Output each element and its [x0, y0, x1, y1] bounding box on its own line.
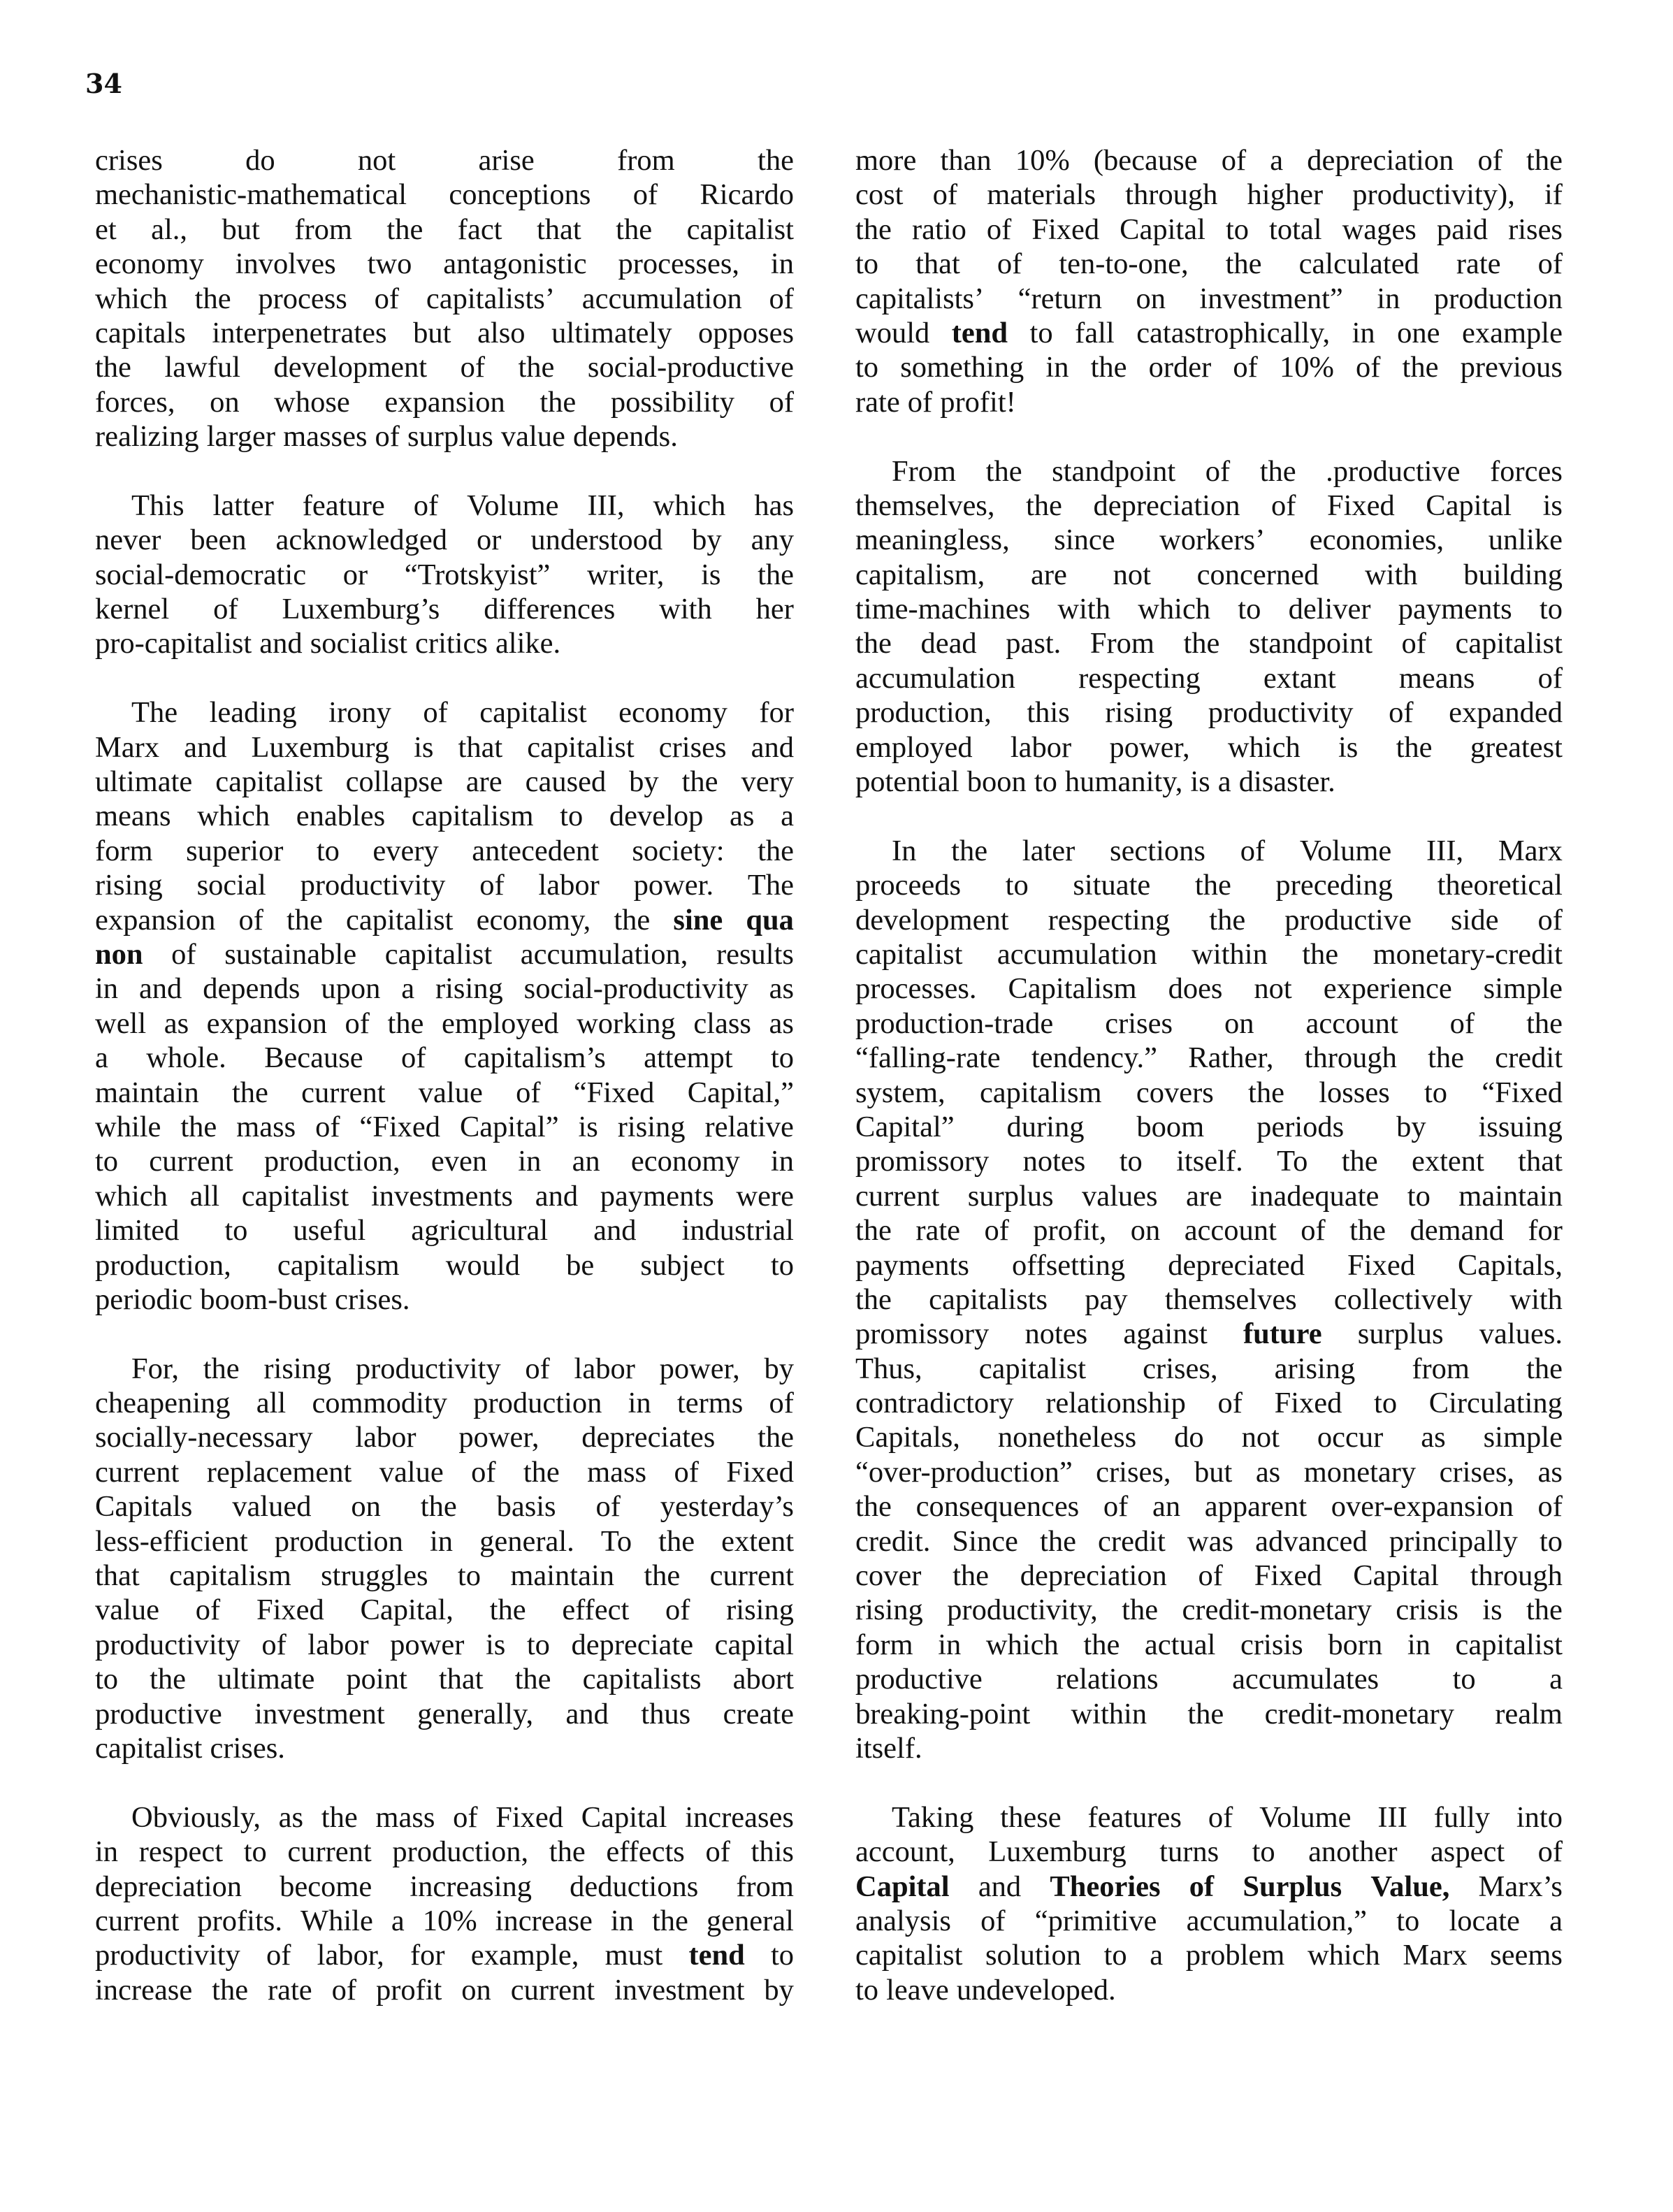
word: issuing: [1478, 1110, 1562, 1144]
word-text: to: [1396, 1904, 1419, 1937]
word: in: [95, 1835, 118, 1869]
word: the: [1526, 1352, 1563, 1386]
word: do: [245, 143, 275, 178]
word: feature: [303, 489, 385, 523]
word: theoretical: [1437, 868, 1563, 902]
text-line: tosomethingintheorderof10%oftheprevious: [855, 350, 1563, 384]
word-text: of: [345, 1007, 370, 1040]
word-text: .productive: [1326, 455, 1460, 488]
word-text: as: [769, 972, 794, 1005]
word: catastrophically,: [1136, 316, 1330, 350]
word-text: the: [644, 1559, 680, 1592]
word: dead: [920, 626, 976, 660]
word: which: [653, 489, 726, 523]
text-line: nonofsustainablecapitalistaccumulation,r…: [95, 937, 794, 971]
word: of: [375, 419, 400, 454]
word-text: of: [1450, 1007, 1475, 1040]
text-line: risingproductivity,thecredit-monetarycri…: [855, 1593, 1563, 1627]
text-line: accumulationrespectingextantmeansof: [855, 661, 1563, 695]
word-text: to: [1104, 1939, 1127, 1972]
word-text: capitalist: [242, 1180, 349, 1213]
word: which: [1308, 1938, 1380, 1972]
word-text: relative: [704, 1111, 793, 1143]
word-text: to: [1540, 1525, 1563, 1558]
word-text: superior: [186, 834, 283, 867]
word-text: current: [149, 1145, 233, 1178]
word: the: [614, 903, 650, 937]
text-line: kernelofLuxemburg’sdifferenceswithher: [95, 592, 794, 626]
word: maintain: [510, 1559, 614, 1593]
word-text: to: [1424, 1076, 1447, 1109]
word: social: [197, 868, 266, 902]
word: in: [1352, 316, 1375, 350]
word: of: [1198, 1559, 1223, 1593]
word-text: to: [855, 247, 878, 280]
word-text: breaking-point: [855, 1698, 1030, 1730]
word-text: From: [892, 455, 956, 488]
word-text: the: [388, 1007, 424, 1040]
word-text: depends.: [573, 420, 678, 453]
word: Fixed: [1031, 212, 1099, 247]
word-text: crisis: [1240, 1628, 1303, 1661]
word-text: of: [1198, 1559, 1223, 1592]
word: and: [751, 730, 794, 765]
word-text: labor: [355, 1421, 416, 1454]
text-line: InthelatersectionsofVolumeIII,Marx: [855, 834, 1563, 868]
text-line: morethan10%(becauseofadepreciationofthe: [855, 143, 1563, 178]
word-text: the: [652, 1904, 688, 1937]
word: higher: [1247, 178, 1324, 212]
word: does: [1168, 971, 1223, 1006]
word: the: [195, 282, 231, 316]
word: itself.: [855, 1731, 922, 1765]
word-text: fully: [1434, 1801, 1490, 1834]
text-line: TakingthesefeaturesofVolumeIIIfullyinto: [855, 1800, 1563, 1835]
word-text: within: [1071, 1698, 1147, 1730]
word-text: Thus,: [855, 1352, 922, 1385]
word-text: the: [758, 558, 794, 591]
word: Capital: [1120, 212, 1205, 247]
text-line: capitalistcrises.: [95, 1731, 794, 1765]
word-text: means: [1399, 662, 1475, 695]
word-text: of: [908, 386, 932, 419]
text-line: valueofFixedCapital,theeffectofrising: [95, 1593, 794, 1627]
word: depreciate: [572, 1628, 694, 1662]
text-line: thatcapitalismstrugglestomaintainthecurr…: [95, 1559, 794, 1593]
word: development: [274, 350, 428, 384]
word-text: the: [855, 1214, 892, 1247]
word-text: capitalist: [95, 1732, 202, 1765]
word-text: for: [1528, 1214, 1563, 1247]
text-line: theratioofFixedCapitaltototalwagespaidri…: [855, 212, 1563, 247]
word-text: Because: [264, 1041, 363, 1074]
word-text: capitalism: [412, 800, 534, 832]
word: to: [1030, 316, 1053, 350]
word-text: themselves,: [855, 489, 994, 522]
word-text: current: [95, 1904, 179, 1937]
text-line: maintainthecurrentvalueof“FixedCapital,”: [95, 1076, 794, 1110]
word-text: depreciated: [1168, 1249, 1305, 1282]
word-text: solution: [985, 1939, 1081, 1972]
word-text: of: [375, 420, 400, 453]
word: these: [1000, 1800, 1061, 1835]
word: previous: [1461, 350, 1563, 384]
word-text: capitalist: [1455, 627, 1562, 660]
word-text: the: [212, 1974, 248, 2007]
word-text: would: [446, 1249, 520, 1282]
word: of: [933, 178, 957, 212]
word: Luxemburg: [252, 730, 390, 765]
word-text: themselves: [1165, 1283, 1297, 1316]
word: principally: [1389, 1524, 1518, 1559]
word-text: Since: [952, 1525, 1017, 1558]
text-line: capitalism,arenotconcernedwithbuilding: [855, 558, 1563, 592]
word-text: increase: [95, 1974, 192, 2007]
word-text: contradictory: [855, 1387, 1014, 1419]
word-text: payments: [600, 1180, 714, 1213]
word-text: materials: [987, 178, 1096, 211]
word: processes.: [855, 971, 977, 1006]
word-text: to: [224, 1214, 247, 1247]
word-text: the: [1403, 351, 1439, 384]
word-text: are: [1186, 1180, 1222, 1213]
word: current: [301, 1076, 385, 1110]
word-text: Capitalism: [1008, 972, 1136, 1005]
word-text: humanity,: [1065, 765, 1182, 798]
word: standpoint: [1052, 454, 1175, 489]
word-text: power,: [458, 1421, 539, 1454]
word-text: labor,: [317, 1939, 384, 1972]
word: the: [1302, 937, 1338, 971]
word-text: the: [321, 1801, 358, 1834]
word: the: [1342, 1144, 1378, 1178]
word-text: of: [375, 282, 399, 315]
word-text: Capitals: [95, 1490, 192, 1523]
word: antagonistic: [443, 247, 586, 281]
word-text: by: [764, 1352, 794, 1385]
word: through: [1125, 178, 1217, 212]
word-text: social-productivity: [524, 972, 748, 1005]
word-text: production: [1434, 282, 1563, 315]
word: to: [855, 247, 878, 281]
word-text: Obviously,: [131, 1801, 261, 1834]
word-text: the: [614, 904, 650, 937]
word: cover: [855, 1559, 921, 1593]
word: of: [1222, 143, 1246, 178]
word: to: [855, 350, 878, 384]
word-text: cheapening: [95, 1387, 231, 1419]
word: to: [1374, 1386, 1397, 1420]
word: of: [1477, 143, 1502, 178]
word: the: [951, 834, 987, 868]
word: to: [527, 1628, 550, 1662]
word-text: profit!: [940, 386, 1016, 419]
word: of: [401, 1041, 426, 1075]
word-text: later: [1022, 834, 1075, 867]
word: or: [343, 558, 368, 592]
word-text: of: [1301, 1214, 1325, 1247]
word-text: production,: [95, 1249, 231, 1282]
word-text: wages: [1342, 213, 1417, 246]
word-text: rising: [726, 1593, 794, 1626]
word-text: expansion: [384, 386, 505, 419]
word: to: [1453, 1662, 1476, 1696]
word-text: with: [1365, 558, 1418, 591]
word-text: the: [616, 213, 652, 246]
text-line: proceedstosituatetheprecedingtheoretical: [855, 868, 1563, 902]
word-text: into: [1516, 1801, 1563, 1834]
word-text: acknowledged: [276, 523, 447, 556]
word-text: aspect: [1431, 1835, 1505, 1868]
word-text: rate: [855, 386, 900, 419]
text-line: ThislatterfeatureofVolumeIII,whichhas: [95, 489, 794, 523]
word: which: [95, 1179, 168, 1213]
word: expansion: [207, 1006, 327, 1041]
word: of: [908, 385, 932, 419]
word: must: [605, 1938, 663, 1972]
text-line: coverthedepreciationofFixedCapitalthroug…: [855, 1559, 1563, 1593]
text-line: Capitals,nonethelessdonotoccurassimple: [855, 1420, 1563, 1454]
word: in: [611, 1904, 634, 1938]
word-text: increases: [685, 1801, 794, 1834]
word-text: is: [578, 1111, 597, 1143]
word: credit: [1495, 1041, 1563, 1075]
word-text: the: [523, 1456, 560, 1489]
word-text: or: [343, 558, 368, 591]
word-text: production,: [264, 1145, 400, 1178]
word-text: To: [1277, 1145, 1308, 1178]
word-text: to: [95, 1663, 118, 1696]
word: collapse: [346, 765, 443, 799]
word: Capitalism: [1008, 971, 1136, 1006]
word: fully: [1434, 1800, 1490, 1835]
word-text: and: [184, 731, 226, 764]
word-text: “falling-rate: [855, 1041, 1001, 1074]
word: Capital”: [855, 1110, 955, 1144]
word-text: profit,: [1033, 1214, 1106, 1247]
word: capitalism’s: [464, 1041, 606, 1075]
word: promissory: [855, 1144, 989, 1178]
word-text: through: [1305, 1041, 1397, 1074]
word: depends.: [573, 419, 678, 454]
word: 10%: [1015, 143, 1070, 178]
word-text: in: [1352, 317, 1375, 349]
word-text: an: [572, 1145, 600, 1178]
word: features: [1087, 1800, 1182, 1835]
word-text: leading: [210, 696, 297, 729]
word-text: surplus: [1358, 1317, 1444, 1350]
word-text: to: [1540, 593, 1563, 626]
word: as: [1421, 1420, 1445, 1454]
word-text: investment”: [1199, 282, 1342, 315]
word-text: the: [758, 144, 794, 177]
word-text: of: [1402, 627, 1426, 660]
word-text: economy,: [477, 904, 591, 937]
word: realm: [1495, 1697, 1563, 1731]
word: Capitals,: [855, 1420, 960, 1454]
word-text: from: [617, 144, 675, 177]
word-text: would: [855, 317, 929, 349]
word: of: [595, 1489, 620, 1524]
word: the: [616, 212, 652, 247]
word-text: to: [1252, 1835, 1275, 1868]
word: are: [1031, 558, 1067, 592]
word: meaningless,: [855, 523, 1010, 557]
word: system,: [855, 1076, 946, 1110]
word-text: of: [769, 282, 794, 315]
word-text: of: [266, 1939, 291, 1972]
word-text: production,: [855, 696, 992, 729]
word: of: [769, 1386, 794, 1420]
word: order: [1149, 350, 1212, 384]
word-text: Fixed: [1031, 213, 1099, 246]
word: the: [855, 1282, 892, 1317]
word: replacement: [207, 1455, 352, 1489]
word: Capital,: [361, 1593, 454, 1627]
word-text: rising: [263, 1352, 331, 1385]
word: latter: [213, 489, 274, 523]
word: capitalists: [583, 1662, 702, 1696]
word: time-machines: [855, 592, 1030, 626]
word: to: [458, 1559, 481, 1593]
word-text: Luxemburg’s: [282, 593, 440, 626]
word: the: [523, 1455, 560, 1489]
word-text: credit-monetary: [1265, 1698, 1454, 1730]
word: is: [1338, 730, 1358, 765]
text-line: depreciationbecomeincreasingdeductionsfr…: [95, 1870, 794, 1904]
text-line: analysisof“primitiveaccumulation,”toloca…: [855, 1904, 1563, 1938]
word: “Fixed: [1482, 1076, 1563, 1110]
word: agricultural: [411, 1213, 548, 1248]
word: of: [1538, 1835, 1563, 1869]
word-text: “Fixed: [574, 1076, 655, 1109]
word-text: to: [855, 1974, 878, 2007]
word-text: capitalist: [687, 213, 794, 246]
word: the: [386, 212, 423, 247]
word: develop: [609, 799, 704, 833]
word-text: calculated: [1299, 247, 1419, 280]
word-text: III: [1377, 1801, 1407, 1834]
text-line: productivityoflabor,forexample,musttendt…: [95, 1938, 794, 1972]
word-text: of: [984, 1214, 1008, 1247]
word: experience: [1324, 971, 1452, 1006]
word-text: notes: [1024, 1317, 1087, 1350]
word: is: [486, 1628, 505, 1662]
text-line: account,Luxemburgturnstoanotheraspectof: [855, 1835, 1563, 1869]
word-text: has: [754, 489, 794, 522]
word: values.: [1479, 1317, 1563, 1351]
word-text: not: [1113, 558, 1151, 591]
word: This: [131, 489, 184, 523]
word-text: “return: [1018, 282, 1102, 315]
word: means: [95, 799, 171, 833]
word-text: processes,: [618, 247, 740, 280]
word: been: [190, 523, 246, 557]
word-text: labor: [307, 1628, 368, 1661]
word-text: the: [953, 1559, 989, 1592]
word: themselves: [1165, 1282, 1297, 1317]
word: inadequate: [1250, 1179, 1379, 1213]
word: to: [1104, 1938, 1127, 1972]
word-text: crises,: [1096, 1456, 1171, 1489]
word: a: [781, 799, 794, 833]
word: form: [855, 1628, 913, 1662]
word-text: a: [1549, 1904, 1563, 1937]
word: would: [446, 1248, 520, 1282]
word-text: the: [951, 834, 987, 867]
word-text: form: [95, 834, 153, 867]
word: the: [1260, 454, 1296, 489]
word: the: [1403, 350, 1439, 384]
word: do: [1174, 1420, 1204, 1454]
word-text: rising: [435, 972, 503, 1005]
word-text: to: [1030, 317, 1053, 349]
word-text: crises: [659, 731, 727, 764]
word-text: is: [1190, 765, 1210, 798]
word: the: [1526, 143, 1563, 178]
word: the: [321, 1800, 358, 1835]
word-text: analysis: [855, 1904, 951, 1937]
word-text: power,: [1109, 731, 1189, 764]
word-text: 10%: [1280, 351, 1334, 384]
word: relations: [1056, 1662, 1158, 1696]
word-text: on: [210, 386, 240, 419]
word: well: [95, 1006, 146, 1041]
word-text: mechanistic-mathematical: [95, 178, 407, 211]
word: involves: [236, 247, 336, 281]
word: whose: [274, 385, 350, 419]
word: actual: [1145, 1628, 1215, 1662]
word: production: [275, 1524, 403, 1559]
word-text: these: [1000, 1801, 1061, 1834]
text-line: production,thisrisingproductivityofexpan…: [855, 695, 1563, 730]
word-text: social-democratic: [95, 558, 306, 591]
word-text: or: [477, 523, 501, 556]
word: et: [95, 212, 117, 247]
word: depreciation: [1020, 1559, 1167, 1593]
word: wages: [1342, 212, 1417, 247]
word: crises: [95, 143, 163, 178]
word: and: [566, 1697, 609, 1731]
word-text: rising: [618, 1111, 686, 1143]
text-line: currentreplacementvalueofthemassofFixed: [95, 1455, 794, 1489]
left-column: crisesdonotarisefromthemechanistic-mathe…: [95, 143, 794, 2007]
word: simple: [1484, 1420, 1563, 1454]
text-line: capitalists’“returnoninvestment”inproduc…: [855, 282, 1563, 316]
word: to: [1396, 1904, 1419, 1938]
word-text: Luxemburg: [252, 731, 390, 764]
word-text: on: [1136, 282, 1166, 315]
word: qua: [746, 903, 794, 937]
word-text: social-productive: [588, 351, 794, 384]
word: rising: [95, 868, 163, 902]
word-text: of: [1103, 1490, 1128, 1523]
word: the: [855, 212, 892, 247]
word: subject: [640, 1248, 724, 1282]
word-text: of: [1538, 1835, 1563, 1868]
word-text: means: [95, 800, 171, 832]
word: form: [95, 834, 153, 868]
word: of: [1240, 834, 1265, 868]
word: accumulation,: [521, 937, 688, 971]
word-text: Capital,: [361, 1593, 454, 1626]
word: conceptions: [449, 178, 591, 212]
word: to: [1424, 1076, 1447, 1110]
word: within: [1192, 937, 1268, 971]
word-text: to: [1453, 1663, 1476, 1696]
word: in: [518, 1144, 541, 1178]
word-text: while: [95, 1111, 161, 1143]
